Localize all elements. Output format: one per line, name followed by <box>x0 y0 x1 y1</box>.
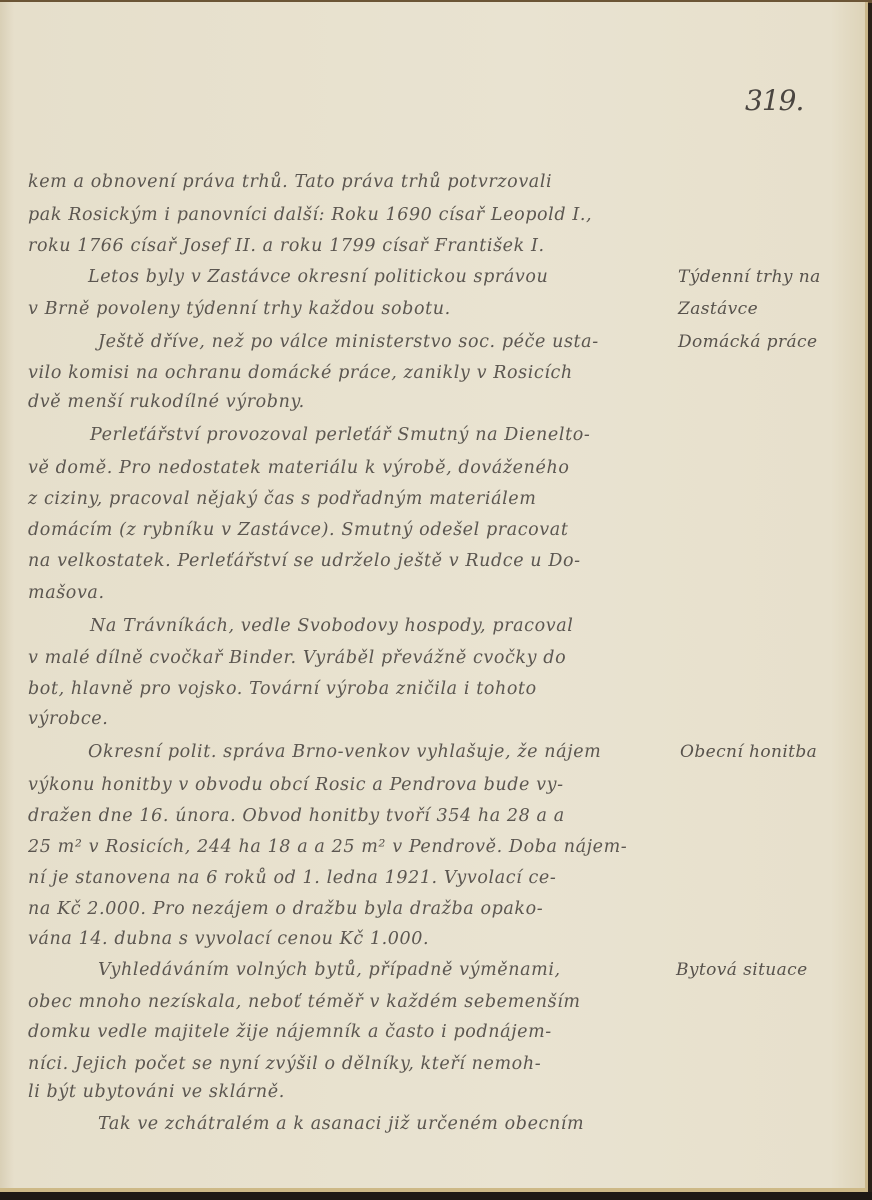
text-line: Okresní polit. správa Brno-venkov vyhlaš… <box>88 742 601 762</box>
text-line: mašova. <box>28 583 105 603</box>
text-line: na velkostatek. Perleťářství se udrželo … <box>28 551 581 571</box>
text-line: výkonu honitby v obvodu obcí Rosic a Pen… <box>28 775 564 795</box>
text-line: v Brně povoleny týdenní trhy každou sobo… <box>28 299 451 319</box>
margin-note-tydenni-trhy: Týdenní trhy na <box>678 267 821 287</box>
page-bottom-edge <box>0 1192 872 1200</box>
text-line: na Kč 2.000. Pro nezájem o dražbu byla d… <box>28 899 543 919</box>
margin-note-obecni-honitba: Obecní honitba <box>680 742 817 762</box>
manuscript-page: 319. kem a obnovení práva trhů. Tato prá… <box>0 2 868 1192</box>
text-line: vilo komisi na ochranu domácké práce, za… <box>28 363 573 383</box>
text-line: Vyhledáváním volných bytů, případně výmě… <box>98 960 561 980</box>
text-line: Letos byly v Zastávce okresní politickou… <box>88 267 548 287</box>
text-line: obec mnoho nezískala, neboť téměř v každ… <box>28 992 581 1012</box>
text-line: domácím (z rybníku v Zastávce). Smutný o… <box>28 520 568 540</box>
text-line: Ještě dříve, než po válce ministerstvo s… <box>98 332 599 352</box>
margin-note-zastavce: Zastávce <box>678 299 758 319</box>
text-line: Perleťářství provozoval perleťář Smutný … <box>90 425 590 445</box>
text-line: vána 14. dubna s vyvolací cenou Kč 1.000… <box>28 929 429 949</box>
text-line: pak Rosickým i panovníci další: Roku 169… <box>28 205 592 225</box>
text-line: v malé dílně cvočkař Binder. Vyráběl pře… <box>28 648 566 668</box>
text-line: Tak ve zchátralém a k asanaci již určené… <box>98 1114 584 1134</box>
text-line: níci. Jejich počet se nyní zvýšil o děln… <box>28 1054 541 1074</box>
page-number: 319. <box>745 84 803 117</box>
text-line: z ciziny, pracoval nějaký čas s podřadný… <box>28 489 536 509</box>
text-line: výrobce. <box>28 709 108 729</box>
text-line: dvě menší rukodílné výrobny. <box>28 392 305 412</box>
margin-note-domacka-prace: Domácká práce <box>678 332 817 352</box>
text-line: li být ubytováni ve sklárně. <box>28 1082 285 1102</box>
text-line: roku 1766 císař Josef II. a roku 1799 cí… <box>28 236 545 256</box>
text-line: kem a obnovení práva trhů. Tato práva tr… <box>28 172 552 192</box>
text-line: Na Trávníkách, vedle Svobodovy hospody, … <box>90 616 573 636</box>
text-line: ní je stanovena na 6 roků od 1. ledna 19… <box>28 868 556 888</box>
text-line: domku vedle majitele žije nájemník a čas… <box>28 1022 552 1042</box>
margin-note-bytova-situace: Bytová situace <box>676 960 808 980</box>
text-line: bot, hlavně pro vojsko. Tovární výroba z… <box>28 679 537 699</box>
text-line: 25 m² v Rosicích, 244 ha 18 a a 25 m² v … <box>28 837 627 857</box>
text-line: vě domě. Pro nedostatek materiálu k výro… <box>28 458 569 478</box>
text-line: dražen dne 16. února. Obvod honitby tvoř… <box>28 806 565 826</box>
